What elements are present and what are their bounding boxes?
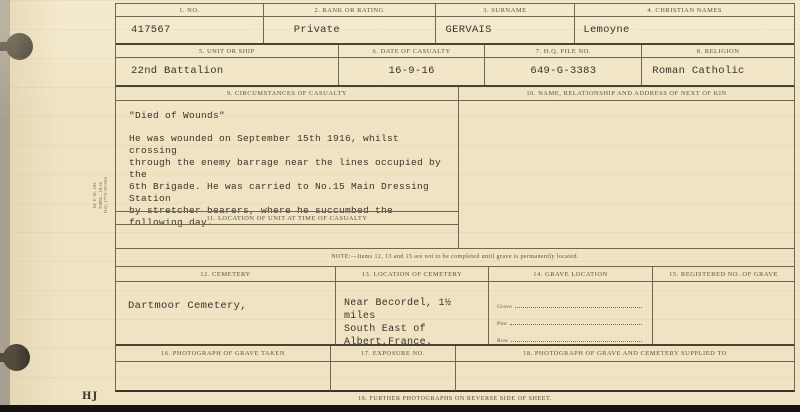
circumstances-section: 9. CIRCUMSTANCES OF CASUALTY "Died of Wo…	[116, 87, 794, 249]
note-band: NOTE:—Items 12, 13 and 15 are not to be …	[116, 249, 794, 266]
label-next-of-kin: 10. NAME, RELATIONSHIP AND ADDRESS OF NE…	[459, 87, 794, 101]
dotted-fill-line	[511, 340, 642, 342]
value-hq-file-no: 649-G-3383	[485, 58, 642, 85]
form-number-margin: M. F. W. 102 250M—10-16 H.Q. 1772-39-960	[47, 152, 153, 238]
grave-sub-row: Grave	[497, 293, 642, 310]
footer-note: 19. FURTHER PHOTOGRAPHS ON REVERSE SIDE …	[115, 396, 795, 402]
row-sub-label: Row	[497, 338, 508, 344]
value-photo-supplied-to	[456, 362, 794, 391]
label-no: 1. No.	[116, 4, 264, 16]
value-religion: Roman Catholic	[642, 58, 794, 85]
label-circumstances: 9. CIRCUMSTANCES OF CASUALTY	[116, 87, 458, 101]
form-number-text: M. F. W. 102 250M—10-16 H.Q. 1772-39-960	[92, 177, 109, 213]
cause-of-death: "Died of Wounds"	[129, 110, 448, 122]
value-unit: 22nd Battalion	[116, 58, 339, 85]
value-row-1: 417567 Private GERVAIS Lemoyne	[116, 17, 794, 45]
punch-hole-stem	[0, 42, 14, 51]
circumstances-column: 9. CIRCUMSTANCES OF CASUALTY "Died of Wo…	[116, 87, 459, 248]
label-cemetery-location: 13. LOCATION OF CEMETERY	[336, 267, 489, 281]
grave-sub-row: Plot	[497, 310, 642, 327]
value-date-of-casualty: 16-9-16	[339, 58, 486, 85]
header-row-photo: 16. PHOTOGRAPH OF GRAVE TAKEN 17. EXPOSU…	[116, 346, 794, 362]
label-rank: 2. RANK OR RATING	[264, 4, 436, 16]
unit-location-value	[116, 225, 458, 248]
handwritten-initials: HJ	[82, 391, 98, 402]
circumstances-text: "Died of Wounds" He was wounded on Septe…	[116, 101, 458, 211]
dotted-fill-line	[515, 306, 642, 308]
header-row-1: 1. No. 2. RANK OR RATING 3. SURNAME 4. C…	[116, 4, 794, 17]
grave-location-cell: Grave Plot Row	[489, 282, 653, 344]
header-row-2: 5. UNIT OR SHIP 6. DATE OF CASUALTY 7. H…	[116, 45, 794, 58]
label-surname: 3. SURNAME	[436, 4, 576, 16]
value-surname: GERVAIS	[436, 17, 576, 43]
value-cemetery-location: Near Becordel, 1½ miles South East of Al…	[336, 282, 489, 344]
value-registered-grave-no	[653, 282, 794, 344]
next-of-kin-column: 10. NAME, RELATIONSHIP AND ADDRESS OF NE…	[459, 87, 794, 248]
scanned-document-page: 1. No. 2. RANK OR RATING 3. SURNAME 4. C…	[0, 0, 800, 412]
punch-hole-stem	[0, 353, 12, 362]
label-date-of-casualty: 6. DATE OF CASUALTY	[339, 45, 486, 57]
label-registered-grave-no: 15. REGISTERED NO. OF GRAVE	[653, 267, 794, 281]
scan-edge-band	[0, 405, 800, 412]
note-text: NOTE:—Items 12, 13 and 15 are not to be …	[116, 249, 794, 260]
label-grave-location: 14. GRAVE LOCATION	[489, 267, 653, 281]
label-photo-supplied-to: 18. PHOTOGRAPH OF GRAVE AND CEMETERY SUP…	[456, 346, 794, 361]
label-christian-names: 4. CHRISTIAN NAMES	[575, 4, 794, 16]
value-rank: Private	[264, 17, 436, 43]
dotted-fill-line	[510, 323, 642, 325]
value-row-burial: Dartmoor Cemetery, Near Becordel, 1½ mil…	[116, 282, 794, 346]
header-row-burial: 12. CEMETERY 13. LOCATION OF CEMETERY 14…	[116, 266, 794, 282]
circumstances-of-death-form: 1. No. 2. RANK OR RATING 3. SURNAME 4. C…	[115, 3, 795, 392]
value-no: 417567	[116, 17, 264, 43]
value-photo-taken	[116, 362, 331, 391]
value-christian-names: Lemoyne	[575, 17, 794, 43]
label-unit-location: 11. LOCATION OF UNIT AT TIME OF CASUALTY	[116, 211, 458, 225]
value-row-photo	[116, 362, 794, 391]
next-of-kin-value	[459, 101, 794, 248]
label-exposure-no: 17. EXPOSURE NO.	[331, 346, 456, 361]
value-row-2: 22nd Battalion 16-9-16 649-G-3383 Roman …	[116, 58, 794, 87]
label-religion: 8. RELIGION	[642, 45, 794, 57]
label-photo-taken: 16. PHOTOGRAPH OF GRAVE TAKEN	[116, 346, 331, 361]
value-exposure-no	[331, 362, 456, 391]
grave-sub-row: Row	[497, 327, 642, 344]
label-hq-file-no: 7. H.Q. FILE NO.	[485, 45, 642, 57]
label-cemetery: 12. CEMETERY	[116, 267, 336, 281]
label-unit: 5. UNIT OR SHIP	[116, 45, 339, 57]
value-cemetery: Dartmoor Cemetery,	[116, 282, 336, 344]
